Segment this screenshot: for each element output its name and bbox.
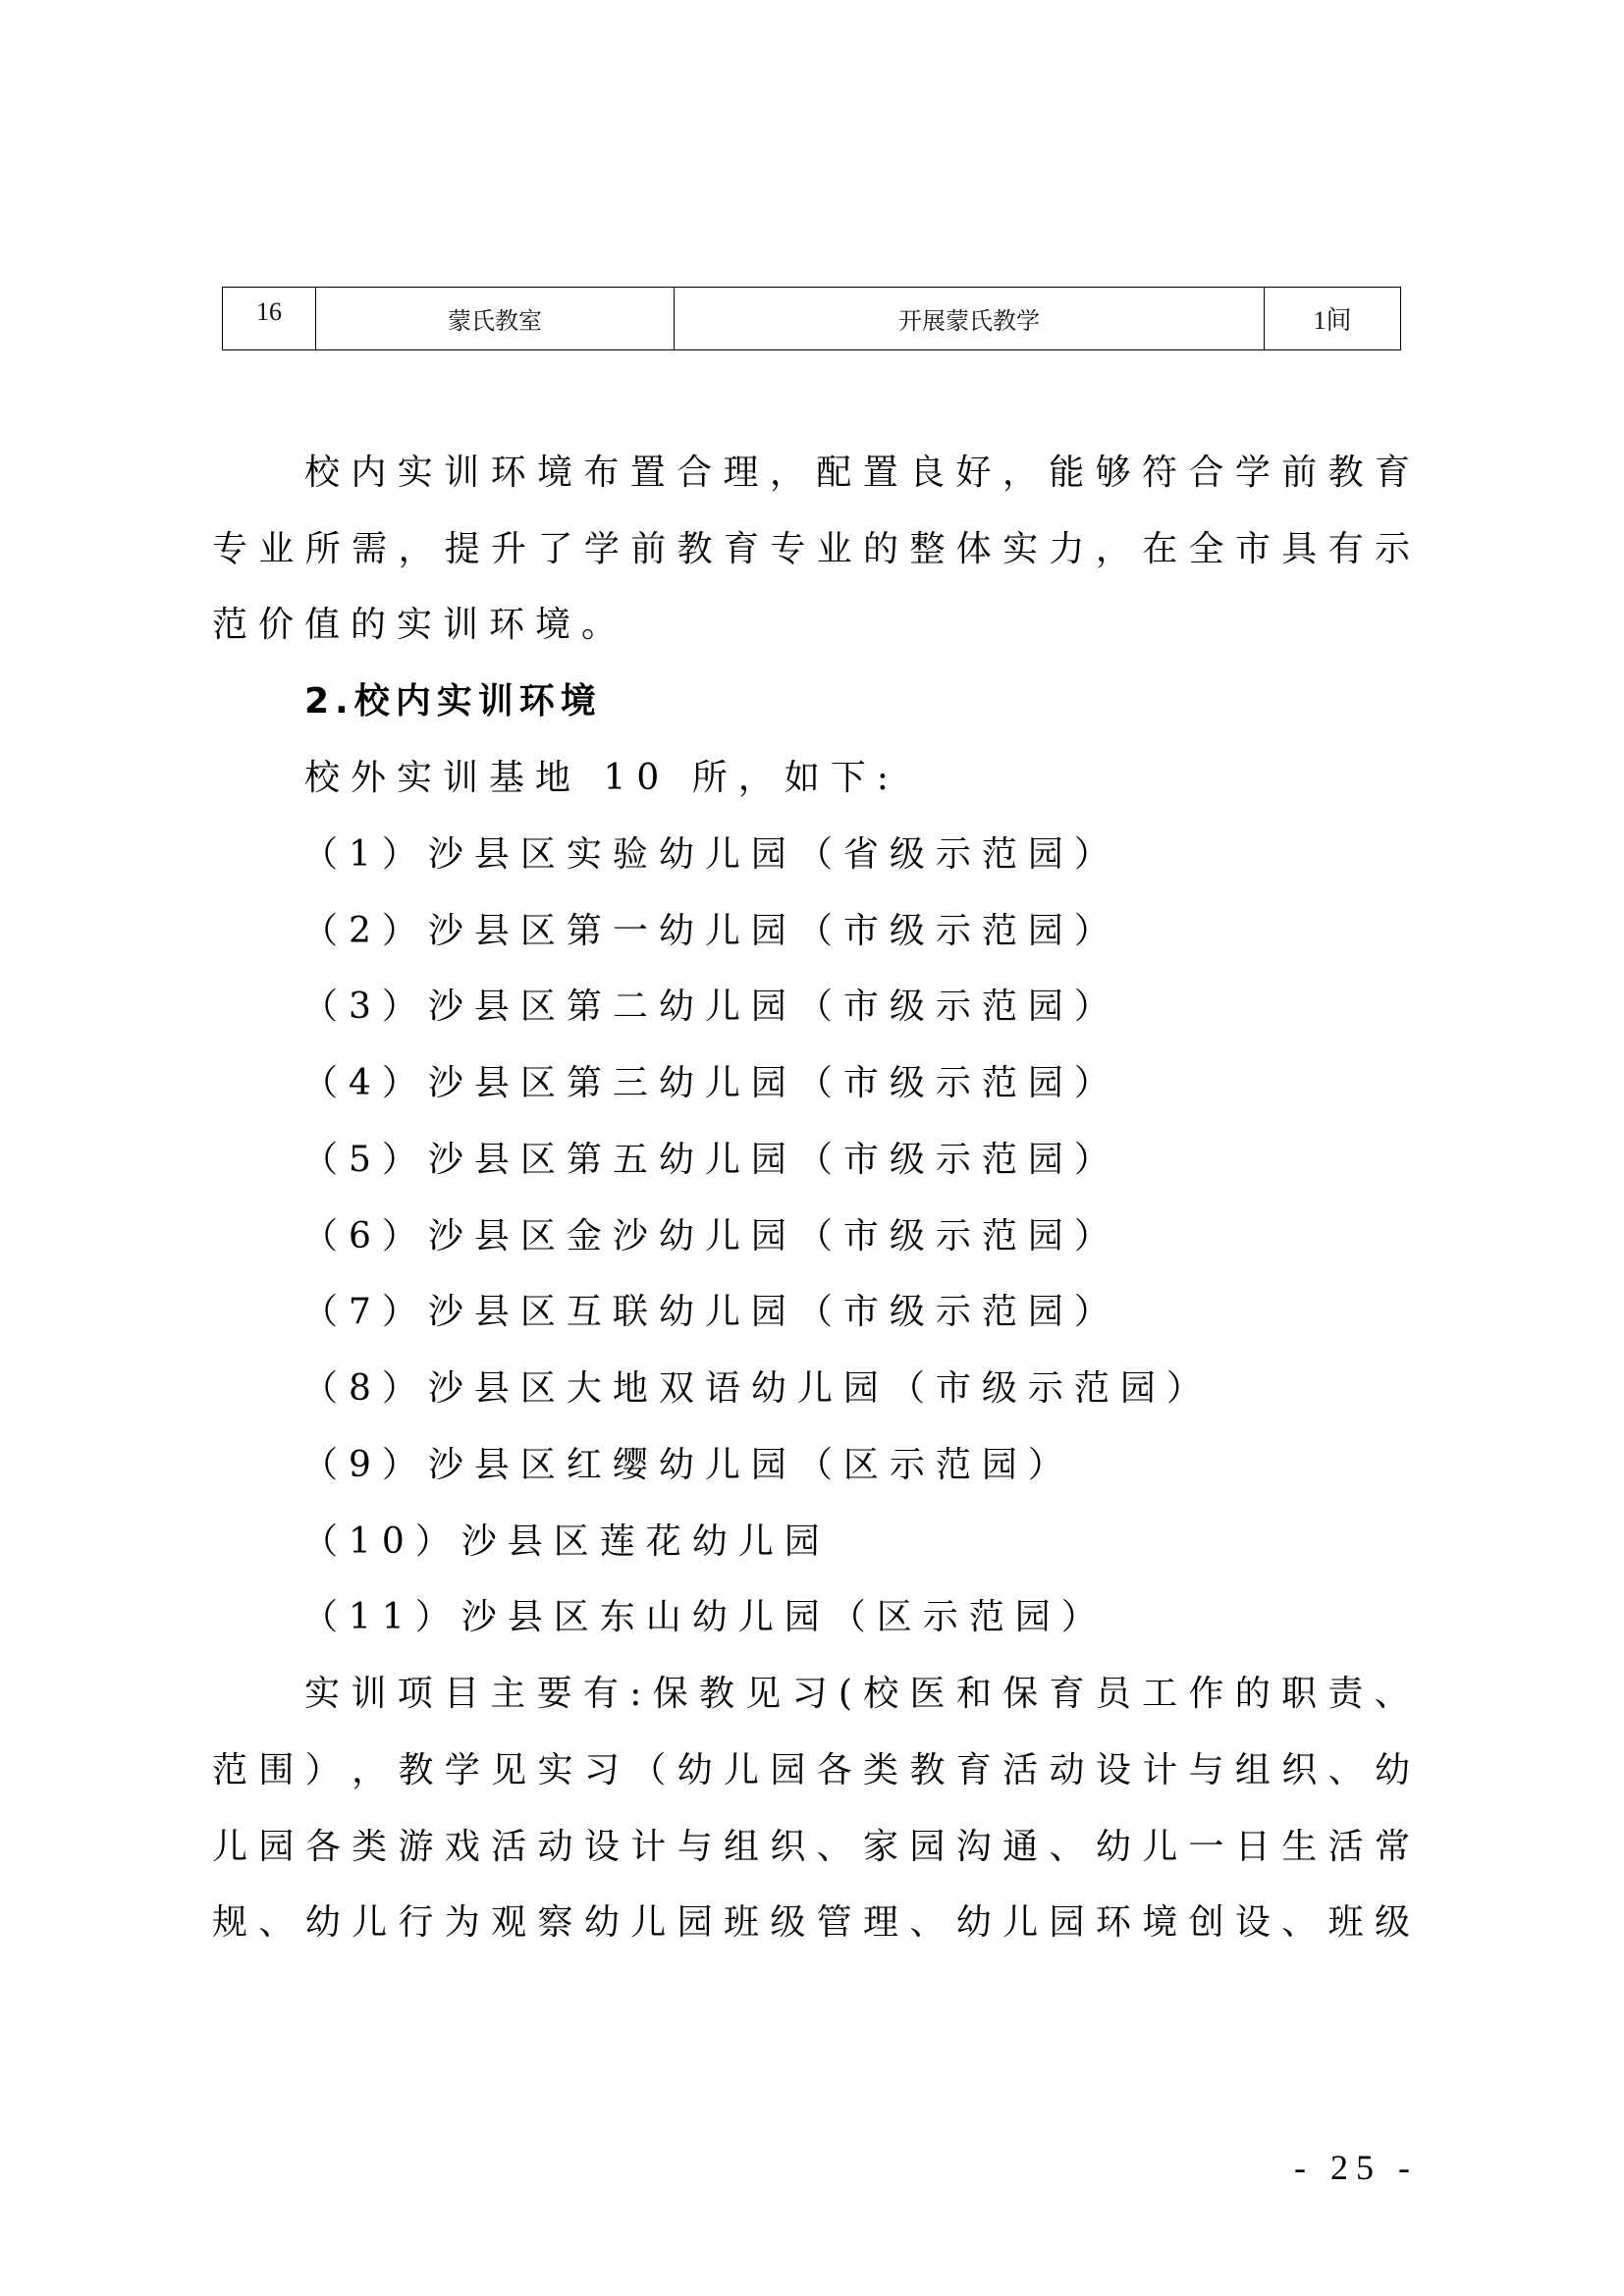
paragraph-line: 规、幼儿行为观察幼儿园班级管理、幼儿园环境创设、班级: [212, 1898, 1410, 1948]
section-intro: 校外实训基地 10 所，如下:: [304, 754, 1502, 803]
facility-table: 16 蒙氏教室 开展蒙氏教学 1间: [222, 287, 1401, 350]
list-item: （2）沙县区第一幼儿园（市级示范园）: [302, 907, 1500, 956]
cell-number: 16: [223, 288, 316, 350]
list-item: （5）沙县区第五幼儿园（市级示范园）: [302, 1136, 1500, 1185]
list-item: （8）沙县区大地双语幼儿园（市级示范园）: [302, 1364, 1500, 1414]
document-page: 16 蒙氏教室 开展蒙氏教学 1间 校内实训环境布置合理，配置良好，能够符合学前…: [0, 0, 1624, 2296]
list-item: （4）沙县区第三幼儿园（市级示范园）: [302, 1059, 1500, 1108]
list-item: （7）沙县区互联幼儿园（市级示范园）: [302, 1288, 1500, 1337]
paragraph-line: 校内实训环境布置合理，配置良好，能够符合学前教育: [304, 449, 1410, 498]
list-item: （3）沙县区第二幼儿园（市级示范园）: [302, 983, 1500, 1032]
cell-purpose: 开展蒙氏教学: [675, 288, 1265, 350]
list-item: （9）沙县区红缨幼儿园（区示范园）: [302, 1441, 1500, 1490]
table-row: 16 蒙氏教室 开展蒙氏教学 1间: [223, 288, 1401, 350]
page-number: - 25 -: [1294, 2147, 1418, 2188]
section-heading: 2.校内实训环境: [304, 677, 1502, 726]
paragraph-line: 范价值的实训环境。: [212, 601, 1410, 650]
paragraph-line: 专业所需，提升了学前教育专业的整体实力，在全市具有示: [212, 525, 1410, 574]
list-item: （10）沙县区莲花幼儿园: [302, 1518, 1500, 1567]
list-item: （6）沙县区金沙幼儿园（市级示范园）: [302, 1212, 1500, 1261]
paragraph-line: 实训项目主要有:保教见习(校医和保育员工作的职责、: [304, 1670, 1410, 1719]
cell-quantity: 1间: [1265, 288, 1401, 350]
list-item: （11）沙县区东山幼儿园（区示范园）: [302, 1593, 1500, 1642]
paragraph-line: 儿园各类游戏活动设计与组织、家园沟通、幼儿一日生活常: [212, 1823, 1410, 1872]
cell-room-name: 蒙氏教室: [316, 288, 675, 350]
paragraph-line: 范围），教学见实习（幼儿园各类教育活动设计与组织、幼: [212, 1746, 1410, 1795]
list-item: （1）沙县区实验幼儿园（省级示范园）: [302, 830, 1500, 880]
